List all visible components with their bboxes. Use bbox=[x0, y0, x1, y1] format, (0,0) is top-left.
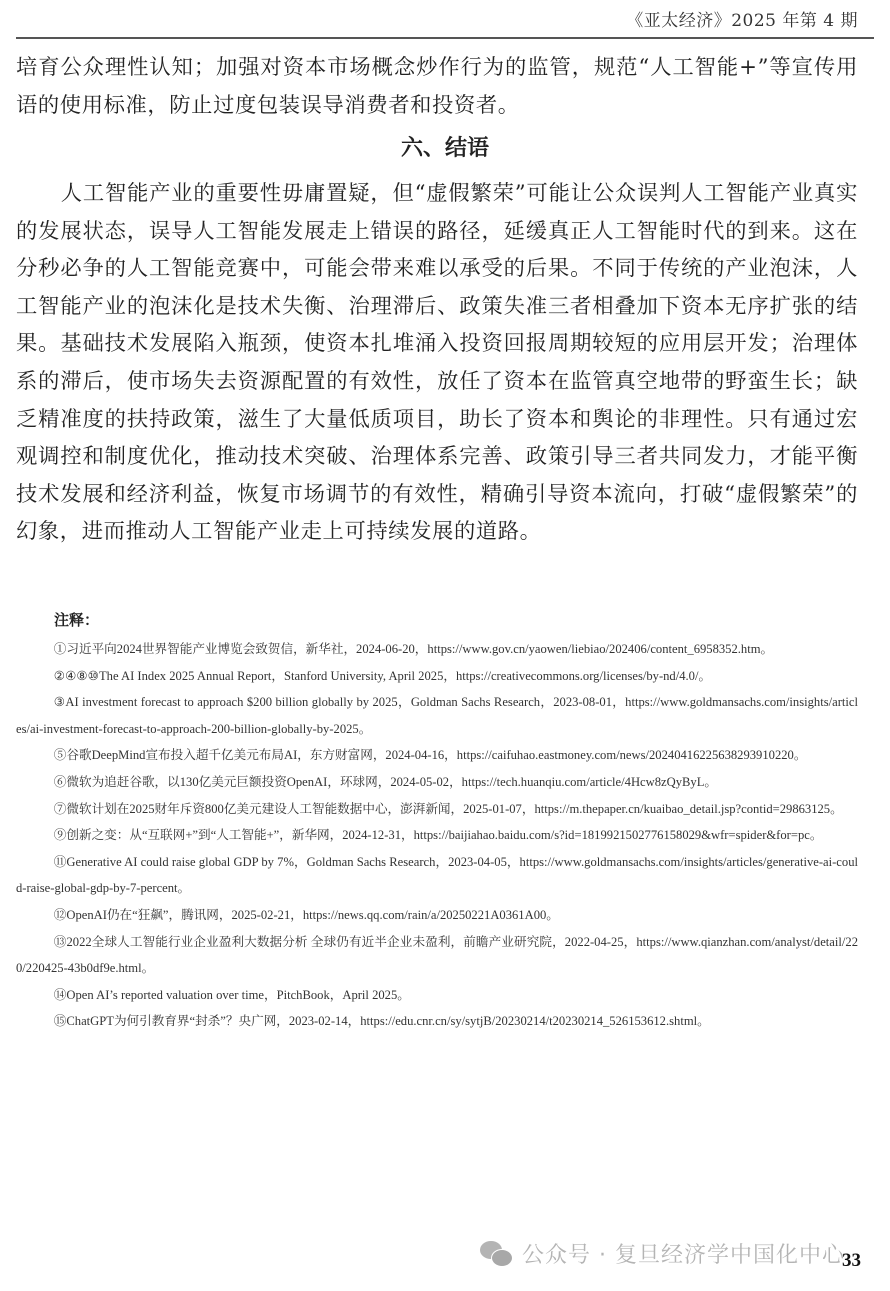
wechat-icon bbox=[480, 1241, 514, 1267]
section-heading: 六、结语 bbox=[0, 131, 890, 162]
note-item: ②④⑧⑩The AI Index 2025 Annual Report，Stan… bbox=[16, 663, 858, 690]
page-number: 33 bbox=[842, 1250, 861, 1272]
watermark-text: 公众号 · 复旦经济学中国化中心 bbox=[522, 1238, 845, 1269]
note-item: ③AI investment forecast to approach $200… bbox=[16, 689, 858, 742]
notes-list: ①习近平向2024世界智能产业博览会致贺信，新华社，2024-06-20，htt… bbox=[16, 636, 858, 1035]
note-item: ①习近平向2024世界智能产业博览会致贺信，新华社，2024-06-20，htt… bbox=[16, 636, 858, 663]
body-paragraph: 培育公众理性认知；加强对资本市场概念炒作行为的监管，规范“人工智能+”等宣传用语… bbox=[16, 49, 858, 124]
note-item: ⑨创新之变：从“互联网+”到“人工智能+”，新华网，2024-12-31，htt… bbox=[16, 822, 858, 849]
note-item: ⑤谷歌DeepMind宣布投入超千亿美元布局AI，东方财富网，2024-04-1… bbox=[16, 742, 858, 769]
notes-title: 注释： bbox=[54, 609, 99, 630]
header-rule bbox=[16, 37, 874, 39]
running-head: 《亚太经济》2025 年第 4 期 bbox=[626, 6, 858, 31]
note-item: ⑪Generative AI could raise global GDP by… bbox=[16, 849, 858, 902]
note-item: ⑦微软计划在2025财年斥资800亿美元建设人工智能数据中心，澎湃新闻，2025… bbox=[16, 796, 858, 823]
watermark: 公众号 · 复旦经济学中国化中心 bbox=[480, 1238, 845, 1269]
note-item: ⑥微软为追赶谷歌，以130亿美元巨额投资OpenAI，环球网，2024-05-0… bbox=[16, 769, 858, 796]
note-item: ⑭Open AI’s reported valuation over time，… bbox=[16, 982, 858, 1009]
conclusion-paragraph: 人工智能产业的重要性毋庸置疑，但“虚假繁荣”可能让公众误判人工智能产业真实的发展… bbox=[16, 175, 858, 551]
note-item: ⑬2022全球人工智能行业企业盈利大数据分析 全球仍有近半企业未盈利，前瞻产业研… bbox=[16, 929, 858, 982]
note-item: ⑫OpenAI仍在“狂飙”，腾讯网，2025-02-21，https://new… bbox=[16, 902, 858, 929]
note-item: ⑮ChatGPT为何引教育界“封杀”？央广网，2023-02-14，https:… bbox=[16, 1008, 858, 1035]
